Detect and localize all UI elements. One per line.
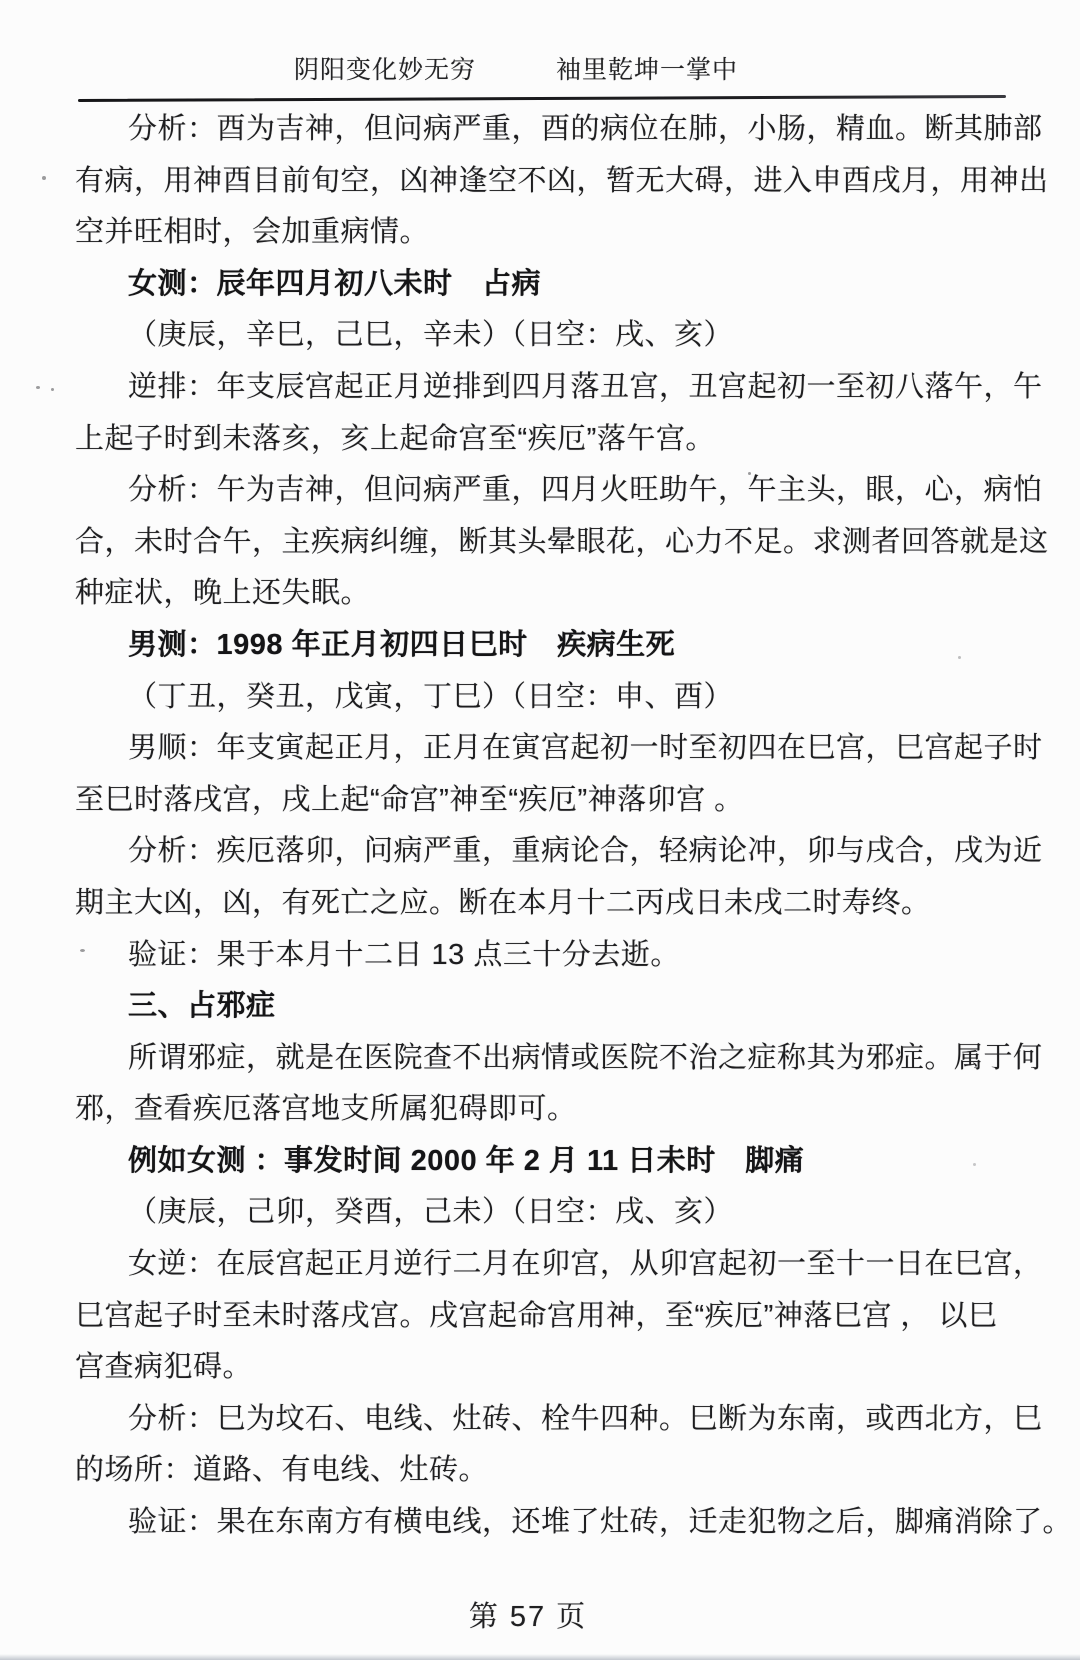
text-line: 的场所：道路、有电线、灶砖。 <box>75 1445 957 1497</box>
text-line: 至巳时落戌宫，戌上起“命宫”神至“疾厄”神落卯宫 。 <box>75 775 957 827</box>
header-left-title: 阴阳变化妙无穷 <box>294 50 476 86</box>
scan-speck <box>51 388 54 391</box>
text-line: 合，未时合午，主疾病纠缠，断其头晕眼花，心力不足。求测者回答就是这 <box>75 517 957 569</box>
text-line: 女逆：在辰宫起正月逆行二月在卯宫，从卯宫起初一至十一日在巳宫， <box>75 1239 957 1291</box>
scan-speck <box>42 176 46 180</box>
text-line: 种症状，晚上还失眠。 <box>75 568 957 620</box>
page-number: 第 57 页 <box>0 1594 1068 1635</box>
text-line: 上起子时到未落亥，亥上起命宫至“疾厄”落午宫。 <box>75 414 957 466</box>
text-line: 男顺：年支寅起正月，正月在寅宫起初一时至初四在巳宫，巳宫起子时 <box>75 723 957 775</box>
page-header: 阴阳变化妙无穷 袖里乾坤一掌中 <box>0 50 1056 86</box>
text-line: 验证：果于本月十二日 13 点三十分去逝。 <box>75 930 957 982</box>
heading-line: 例如女测 ：事发时间 2000 年 2 月 11 日未时 脚痛 <box>75 1136 957 1188</box>
text-line: 所谓邪症，就是在医院查不出病情或医院不治之症称其为邪症。属于何 <box>75 1033 957 1085</box>
text-line: 逆排：年支辰宫起正月逆排到四月落丑宫，丑宫起初一至初八落午，午 <box>75 362 957 414</box>
scan-speck <box>36 386 40 389</box>
text-line: 分析：疾厄落卯，问病严重，重病论合，轻病论冲，卯与戌合，戌为近 <box>75 826 957 878</box>
heading-line: 女测：辰年四月初八未时 占病 <box>75 259 957 311</box>
text-line: 期主大凶，凶，有死亡之应。断在本月十二丙戌日未戌二时寿终。 <box>75 878 957 930</box>
heading-line: 男测：1998 年正月初四日巳时 疾病生死 <box>75 620 957 672</box>
scan-speck <box>973 1163 976 1166</box>
text-line: 分析：巳为坟石、电线、灶砖、栓牛四种。巳断为东南，或西北方，巳 <box>75 1394 957 1446</box>
scan-speck <box>80 949 85 952</box>
body-text: 分析：酉为吉神，但问病严重，酉的病位在肺，小肠，精血。断其肺部有病，用神酉目前旬… <box>75 104 957 1549</box>
text-line: 巳宫起子时至未时落戌宫。戌宫起命宫用神，至“疾厄”神落巳宫 ， 以巳 <box>75 1291 957 1343</box>
text-line: 宫查病犯碍。 <box>75 1342 957 1394</box>
text-line: 分析：午为吉神，但问病严重，四月火旺助午，午主头，眼，心，病怕 <box>75 465 957 517</box>
heading-line: 三、占邪症 <box>75 981 957 1033</box>
header-rule <box>78 95 1006 102</box>
scan-speck <box>958 656 961 659</box>
header-right-title: 袖里乾坤一掌中 <box>556 50 738 86</box>
text-line: 邪，查看疾厄落宫地支所属犯碍即可。 <box>75 1084 957 1136</box>
scan-speck <box>748 472 751 475</box>
text-line: （丁丑，癸丑，戊寅，丁巳）（日空：申、酉） <box>75 672 957 724</box>
text-line: 空并旺相时，会加重病情。 <box>75 207 957 259</box>
page-edge-shadow <box>0 1654 1080 1660</box>
scanned-book-page: 阴阳变化妙无穷 袖里乾坤一掌中 分析：酉为吉神，但问病严重，酉的病位在肺，小肠，… <box>0 0 1080 1660</box>
text-line: （庚辰，己卯，癸酉，己未）（日空：戌、亥） <box>75 1187 957 1239</box>
text-line: （庚辰，辛巳，己巳，辛未）（日空：戌、亥） <box>75 310 957 362</box>
text-line: 验证：果在东南方有横电线，还堆了灶砖，迁走犯物之后，脚痛消除了。 <box>75 1497 957 1549</box>
text-line: 有病，用神酉目前旬空，凶神逢空不凶，暂无大碍，进入申酉戌月，用神出 <box>75 156 957 208</box>
text-line: 分析：酉为吉神，但问病严重，酉的病位在肺，小肠，精血。断其肺部 <box>75 104 957 156</box>
